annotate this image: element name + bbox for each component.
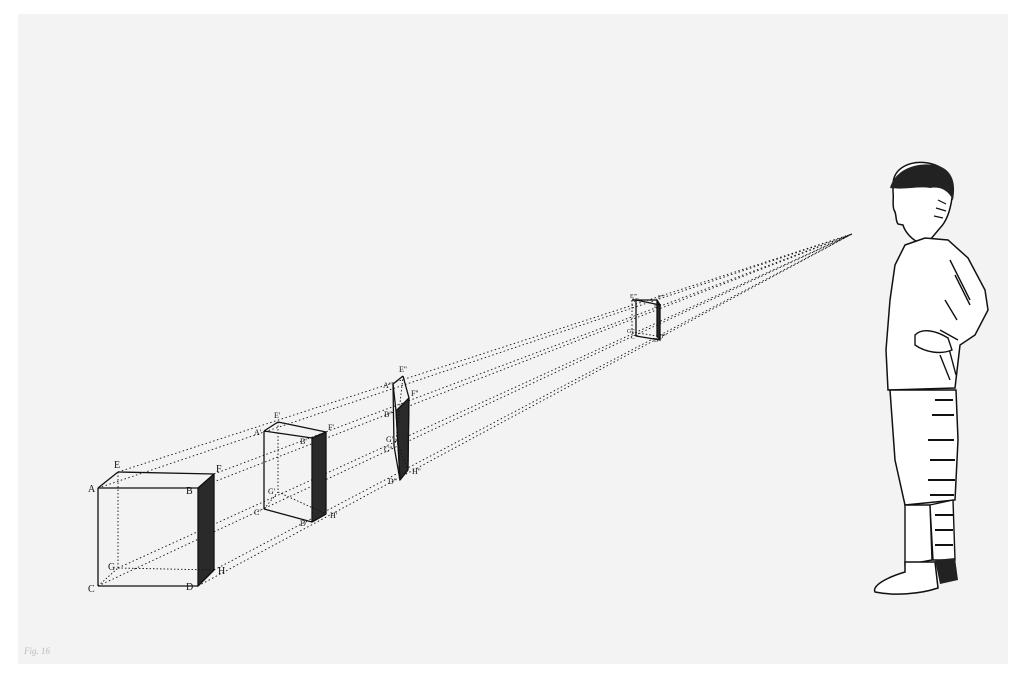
vertex-label: D	[186, 582, 193, 593]
vertex-label: H'	[330, 511, 338, 520]
vertex-label: F'''	[658, 295, 665, 301]
vertex-label: B	[186, 486, 193, 497]
vertex-label: F'	[328, 423, 334, 432]
cube-3: A''B''C''D''E''F''G''H''	[383, 365, 421, 486]
vertex-label: G	[108, 562, 115, 573]
vertex-label: B'	[300, 437, 307, 446]
vertex-label: A	[88, 484, 96, 495]
vertex-label: H	[218, 566, 225, 577]
vertex-label: D''	[388, 477, 397, 486]
vertex-label: C	[88, 584, 95, 595]
vertex-label: D'	[300, 519, 308, 528]
vertex-label: H'''	[659, 334, 667, 340]
vertex-label: E'	[274, 411, 281, 420]
vertex-label: E''	[399, 365, 407, 374]
vertex-label: E	[114, 460, 120, 471]
vertex-label: C'	[254, 508, 261, 517]
vertex-label: A'	[254, 428, 262, 437]
vertex-label: A''	[383, 381, 392, 390]
vertex-label: F	[216, 464, 222, 475]
vertex-label: E'''	[630, 294, 637, 300]
vertex-label: G'	[268, 487, 276, 496]
cube-1: ABCDEFGH	[88, 460, 225, 595]
boy-observer	[875, 162, 988, 594]
cube-4: A'''B'''C'''D'''E'''F'''G'''H'''	[627, 294, 667, 344]
perspective-diagram: ABCDEFGHA'B'C'D'E'F'G'H'A''B''C''D''E''F…	[0, 0, 1024, 682]
vertex-label: B''	[384, 410, 393, 419]
vertex-label: C''	[384, 445, 393, 454]
vertex-label: C'''	[631, 335, 638, 341]
figure-caption: Fig. 16	[24, 646, 50, 656]
cube-2: A'B'C'D'E'F'G'H'	[254, 411, 338, 528]
vertex-label: H''	[412, 467, 421, 476]
vertex-label: G''	[386, 435, 395, 444]
vertex-label: F''	[411, 389, 419, 398]
vertex-label: G'''	[627, 329, 635, 335]
vertex-label: B'''	[654, 304, 661, 310]
